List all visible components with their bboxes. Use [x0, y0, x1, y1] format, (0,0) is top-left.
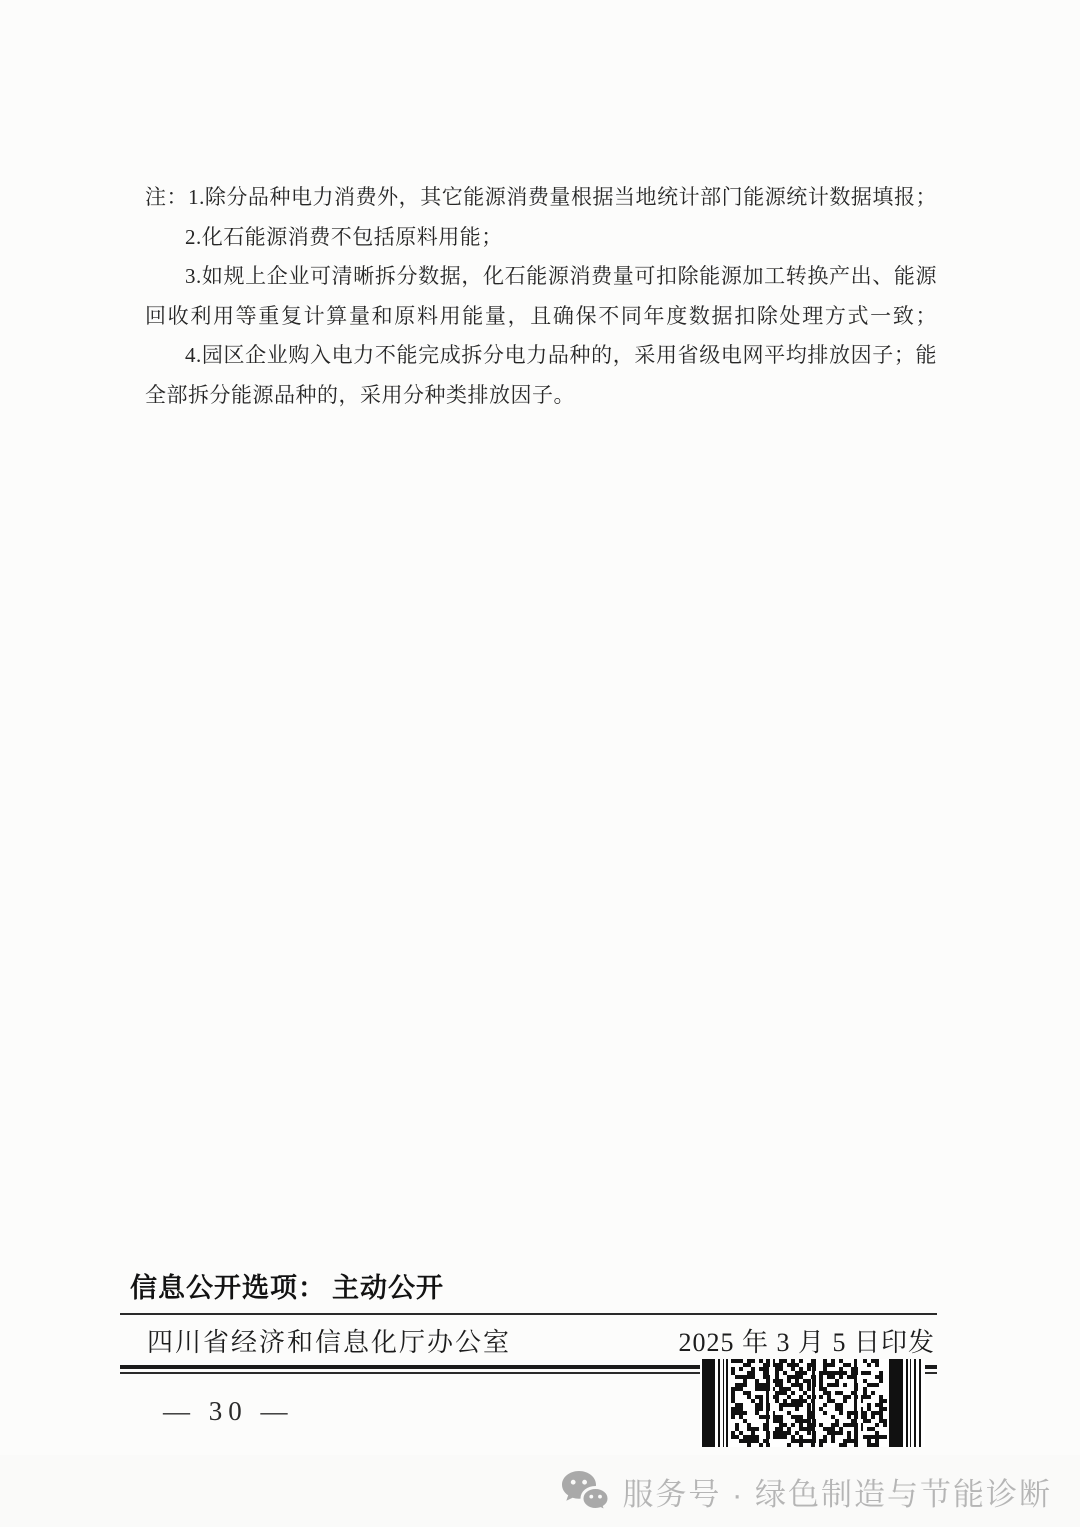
note-line: 全部拆分能源品种的，采用分种类排放因子。 [145, 376, 937, 416]
notes-block: 注：1.除分品种电力消费外，其它能源消费量根据当地统计部门能源统计数据填报； 2… [145, 178, 937, 415]
banner-text: 服务号 · 绿色制造与节能诊断 [622, 1469, 1052, 1514]
disclosure-value: 主动公开 [332, 1273, 444, 1303]
disclosure-row: 信息公开选项：主动公开 [120, 1264, 937, 1313]
note-line: 3.如规上企业可清晰拆分数据，化石能源消费量可扣除能源加工转换产出、能源 [145, 257, 937, 297]
wechat-banner: 服务号 · 绿色制造与节能诊断 [0, 1455, 1080, 1527]
page-number: — 30 — [163, 1396, 294, 1427]
issuer-row: 四川省经济和信息化厅办公室 2025 年 3 月 5 日印发 [120, 1315, 937, 1365]
note-line: 4.园区企业购入电力不能完成拆分电力品种的，采用省级电网平均排放因子；能 [145, 336, 937, 376]
issuer-name: 四川省经济和信息化厅办公室 [147, 1322, 511, 1359]
print-date: 2025 年 3 月 5 日印发 [678, 1322, 935, 1359]
wechat-icon [560, 1468, 610, 1514]
pdf417-barcode [700, 1359, 925, 1447]
document-page: 注：1.除分品种电力消费外，其它能源消费量根据当地统计部门能源统计数据填报； 2… [0, 0, 1080, 1527]
note-line: 回收利用等重复计算量和原料用能量，且确保不同年度数据扣除处理方式一致； [145, 297, 937, 337]
disclosure-label: 信息公开选项： [130, 1273, 326, 1303]
note-line: 注：1.除分品种电力消费外，其它能源消费量根据当地统计部门能源统计数据填报； [145, 178, 937, 218]
note-line: 2.化石能源消费不包括原料用能； [145, 218, 937, 258]
footer-block: 信息公开选项：主动公开 四川省经济和信息化厅办公室 2025 年 3 月 5 日… [120, 1264, 937, 1374]
